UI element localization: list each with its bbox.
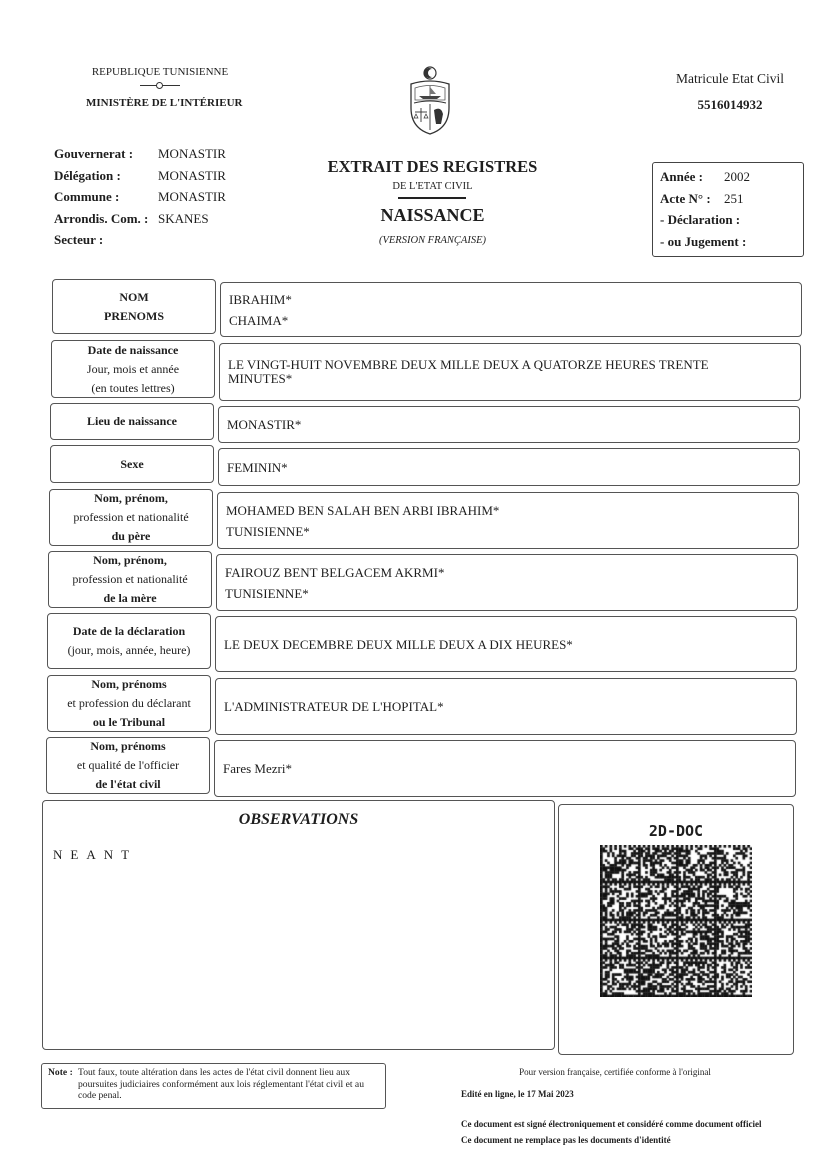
doc2d-box: 2D-DOC [558,804,794,1055]
field-value: MINUTES* [228,372,800,386]
field-label-box: Nom, prénom,profession et nationalitéde … [48,551,212,608]
observations-text: NEANT [53,847,137,863]
field-label: ou le Tribunal [48,713,210,732]
field-label-box: Lieu de naissance [50,403,214,440]
field-label: Nom, prénoms [47,737,209,756]
doc2d-title: 2D-DOC [559,822,793,840]
edited-date: Edité en ligne, le 17 Mai 2023 [461,1089,574,1099]
field-value-box: L'ADMINISTRATEUR DE L'HOPITAL* [215,678,797,735]
legal-note: Note : Tout faux, toute altération dans … [41,1063,386,1109]
field-label-box: NOMPRENOMS [52,279,216,334]
field-value: TUNISIENNE* [225,583,797,604]
field-label-box: Date de la déclaration(jour, mois, année… [47,613,211,669]
field-value-box: MONASTIR* [218,406,800,443]
field-label-box: Nom, prénomset qualité de l'officierde l… [46,737,210,794]
datamatrix-barcode-icon [600,845,752,997]
field-value: L'ADMINISTRATEUR DE L'HOPITAL* [224,696,796,717]
field-label: profession et nationalité [50,508,212,527]
field-value-box: FEMININ* [218,448,800,486]
field-label: Date de naissance [52,341,214,360]
field-value-box: MOHAMED BEN SALAH BEN ARBI IBRAHIM*TUNIS… [217,492,799,549]
field-value: MONASTIR* [227,414,799,435]
field-label: et profession du déclarant [48,694,210,713]
field-value-box: FAIROUZ BENT BELGACEM AKRMI*TUNISIENNE* [216,554,798,611]
field-value: MOHAMED BEN SALAH BEN ARBI IBRAHIM* [226,500,798,521]
field-label: (jour, mois, année, heure) [48,641,210,660]
field-value: LE VINGT-HUIT NOVEMBRE DEUX MILLE DEUX A… [228,358,800,372]
signature-statement: Ce document est signé électroniquement e… [461,1119,762,1129]
field-label: PRENOMS [53,307,215,326]
field-value: Fares Mezri* [223,758,795,779]
certified-text: Pour version française, certifiée confor… [460,1067,770,1077]
field-label-box: Nom, prénomset profession du déclarantou… [47,675,211,732]
field-label: du père [50,527,212,546]
note-label: Note : [48,1067,78,1105]
field-label: profession et nationalité [49,570,211,589]
field-label-box: Nom, prénom,profession et nationalitédu … [49,489,213,546]
field-label: Jour, mois et année [52,360,214,379]
field-value: FAIROUZ BENT BELGACEM AKRMI* [225,562,797,583]
field-label: Nom, prénoms [48,675,210,694]
field-label: de la mère [49,589,211,608]
observations-box: OBSERVATIONS NEANT [42,800,555,1050]
field-value: CHAIMA* [229,310,801,331]
field-label: de l'état civil [47,775,209,794]
field-value-box: IBRAHIM*CHAIMA* [220,282,802,337]
field-value-box: LE DEUX DECEMBRE DEUX MILLE DEUX A DIX H… [215,616,797,672]
field-label: et qualité de l'officier [47,756,209,775]
field-label: (en toutes lettres) [52,379,214,398]
field-value-box: LE VINGT-HUIT NOVEMBRE DEUX MILLE DEUX A… [219,343,801,401]
field-value: TUNISIENNE* [226,521,798,542]
note-text: Tout faux, toute altération dans les act… [78,1067,379,1105]
field-value: LE DEUX DECEMBRE DEUX MILLE DEUX A DIX H… [224,634,796,655]
field-label: Sexe [51,455,213,474]
field-label-box: Date de naissanceJour, mois et année(en … [51,340,215,398]
field-label: NOM [53,288,215,307]
field-label: Nom, prénom, [50,489,212,508]
identity-disclaimer: Ce document ne remplace pas les document… [461,1135,671,1145]
field-label-box: Sexe [50,445,214,483]
field-label: Lieu de naissance [51,412,213,431]
field-value: IBRAHIM* [229,289,801,310]
field-value: FEMININ* [227,457,799,478]
field-label: Nom, prénom, [49,551,211,570]
field-label: Date de la déclaration [48,622,210,641]
observations-title: OBSERVATIONS [43,811,554,829]
field-value-box: Fares Mezri* [214,740,796,797]
